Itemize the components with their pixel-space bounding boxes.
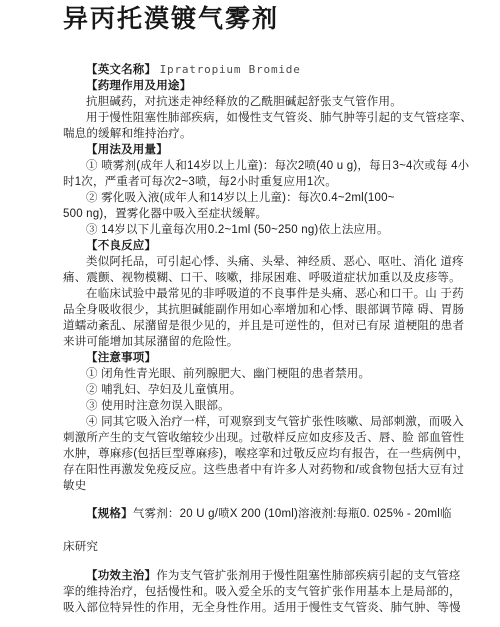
heading-dosage: 【用法及用量】 bbox=[63, 142, 450, 158]
text-line: 存在阳性再激发免疫反应。这些患者中有许多人对药物和/或食物包括大豆有过 bbox=[63, 462, 450, 478]
text-line: ② 雾化吸入液(成年人和14岁以上儿童)：每次0.4~2ml(100~ bbox=[63, 190, 450, 206]
specification-label: 【规格】 bbox=[86, 508, 133, 520]
text-line: 水肿，尊麻疹(包括巨型尊麻疹)，喉痉挛和过敬反应均有报告，在一些病例中， bbox=[63, 446, 450, 462]
heading-adverse-reactions: 【不良反应】 bbox=[63, 238, 450, 254]
heading-pharmacology: 【药理作用及用途】 bbox=[63, 78, 450, 94]
text-line: 道蠕动紊乱、尿潴留是很少见的，并且是可逆性的，但对已有尿 道梗阻的患者 bbox=[63, 318, 450, 334]
text-line: 喘息的缓解和维持治疗。 bbox=[63, 126, 450, 142]
text-line: ③ 使用时注意勿误入眼部。 bbox=[63, 398, 450, 414]
heading-precautions: 【注意事项】 bbox=[63, 350, 450, 366]
specification-value: 气雾剂：20 U g/喷X 200 (10ml)溶液剂:每瓶0. 025% - … bbox=[133, 508, 452, 520]
text-line: 品全身吸收很少，其抗胆碱能副作用如心率增加和心悸、眼部调节障 碍、胃肠 bbox=[63, 302, 450, 318]
text-line: 敏史 bbox=[63, 478, 450, 494]
field-efficacy: 【功效主治】作为支气管扩张剂用于慢性阻塞性肺部疾病引起的支气管痉 bbox=[63, 568, 450, 584]
text-line: ④ 同其它吸入治疗一样，可观察到支气管扩张性咳嗽、局部刺激，而吸入 bbox=[63, 414, 450, 430]
text-line: 时1次，严重者可每次2~3喷，每2小时重复应用1次。 bbox=[63, 174, 450, 190]
text-line: ① 喷雾剂(成年人和14岁以上儿童)：每次2喷(40 u g)，每日3~4次或每… bbox=[63, 158, 450, 174]
text-line: 痛、震颤、视物模糊、口干、咳嗽，排尿困难、呼吸道症状加重以及皮疹等。 bbox=[63, 270, 450, 286]
text-line: 用于慢性阻塞性肺部疾病，如慢性支气管炎、肺气肿等引起的支气管痉挛、 bbox=[63, 110, 450, 126]
text-line: ② 哺乳妇、孕妇及儿童慎用。 bbox=[63, 382, 450, 398]
text-line: 挛的维持治疗，包括慢性和。吸入爱全乐的支气管扩张作用基本上是局部的， bbox=[63, 584, 450, 600]
field-specification: 【规格】气雾剂：20 U g/喷X 200 (10ml)溶液剂:每瓶0. 025… bbox=[63, 506, 450, 522]
text-line: ③ 14岁以下儿童每次用0.2~1ml (50~250 ng)依上法应用。 bbox=[63, 222, 450, 238]
efficacy-label: 【功效主治】 bbox=[86, 570, 156, 582]
text-line: 类似阿托品，可引起心悸、头痛、头晕、神经质、恶心、呕吐、消化 道疼 bbox=[63, 254, 450, 270]
efficacy-line: 作为支气管扩张剂用于慢性阻塞性肺部疾病引起的支气管痉 bbox=[156, 570, 460, 582]
text-line: 刺激所产生的支气管收缩较少出现。过敬样反应如皮疹及舌、唇、脸 部血管性 bbox=[63, 430, 450, 446]
document-page: 异丙托漠镀气雾剂 【英文名称】 Ipratropium Bromide 【药理作… bbox=[0, 0, 500, 627]
text-line: 吸入部位特异性的作用，无全身性作用。适用于慢性支气管炎、肺气肿、等慢 bbox=[63, 600, 450, 616]
english-name-label: 【英文名称】 bbox=[86, 64, 156, 76]
text-line: 来讲可能增加其尿潴留的危险性。 bbox=[63, 334, 450, 350]
text-line: ① 闭角性青光眼、前列腺肥大、幽门梗阻的患者禁用。 bbox=[63, 366, 450, 382]
field-english-name: 【英文名称】 Ipratropium Bromide bbox=[63, 62, 450, 78]
text-line: 床研究 bbox=[63, 539, 450, 555]
page-title: 异丙托漠镀气雾剂 bbox=[63, 4, 450, 34]
text-line: 500 ng)，置雾化器中吸入至症状缓解。 bbox=[63, 206, 450, 222]
text-line: 抗胆碱药，对抗迷走神经释放的乙酰胆碱起舒张支气管作用。 bbox=[63, 94, 450, 110]
english-name-value: Ipratropium Bromide bbox=[160, 63, 301, 76]
text-line: 在临床试验中最常见的非呼吸道的不良事件是头痛、恶心和口干。山 于药 bbox=[63, 286, 450, 302]
